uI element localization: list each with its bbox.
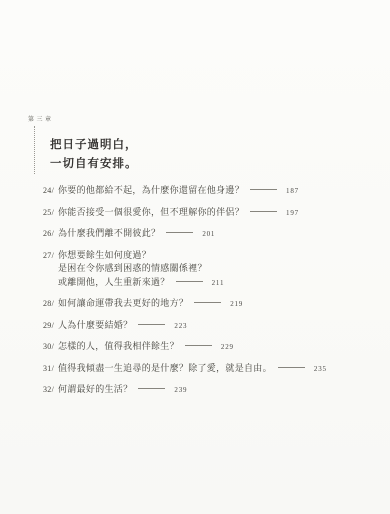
chapter-label: 第三章 xyxy=(28,114,54,123)
toc-item-number: 26/ xyxy=(43,227,58,242)
toc-item-number: 31/ xyxy=(43,362,58,377)
toc-item-content: 值得我傾盡一生追尋的是什麼？除了愛，就是自由。235 xyxy=(58,362,378,377)
toc-leader-dash xyxy=(250,189,277,190)
toc-leader-dash xyxy=(185,345,212,346)
toc-page-number: 197 xyxy=(286,209,299,217)
toc-item-content: 怎樣的人，值得我相伴餘生？229 xyxy=(58,340,378,355)
chapter-dotted-divider xyxy=(34,126,35,174)
toc-item-content: 你想要餘生如何度過？ 是困在令你感到困惑的情感關係裡？ 或離開他，人生重新來過？… xyxy=(58,249,378,291)
toc-item-number: 30/ xyxy=(43,340,58,355)
toc-item-26: 26/ 為什麼我們離不開彼此？201 xyxy=(43,227,378,242)
toc-item-28: 28/ 如何讓命運帶我去更好的地方？219 xyxy=(43,297,378,312)
toc-item-25: 25/ 你能否接受一個很愛你，但不理解你的伴侶？197 xyxy=(43,206,378,221)
toc-page-number: 187 xyxy=(286,187,299,195)
toc-page-number: 211 xyxy=(212,279,225,287)
toc-item-number: 27/ xyxy=(43,249,58,291)
toc-item-content: 你能否接受一個很愛你，但不理解你的伴侶？197 xyxy=(58,206,378,221)
chapter-title-line-1: 把日子過明白， xyxy=(50,136,138,155)
toc-leader-dash xyxy=(138,324,165,325)
toc-leader-dash xyxy=(194,302,221,303)
toc-item-number: 32/ xyxy=(43,383,58,398)
toc-item-text: 值得我傾盡一生追尋的是什麼？除了愛，就是自由。 xyxy=(58,363,272,373)
toc-item-text: 或離開他，人生重新來過？ xyxy=(58,277,170,287)
toc-leader-dash xyxy=(166,232,193,233)
toc-item-31: 31/ 值得我傾盡一生追尋的是什麼？除了愛，就是自由。235 xyxy=(43,362,378,377)
chapter-title: 把日子過明白， 一切自有安排。 xyxy=(50,136,138,174)
toc-item-number: 28/ xyxy=(43,297,58,312)
toc-item-text: 你要的他都給不起，為什麼你還留在他身邊？ xyxy=(58,185,244,195)
toc-item-32: 32/ 何謂最好的生活？239 xyxy=(43,383,378,398)
chapter-title-line-2: 一切自有安排。 xyxy=(50,155,138,174)
toc-leader-dash xyxy=(278,367,305,368)
toc-item-text: 何謂最好的生活？ xyxy=(58,384,132,394)
toc-item-text: 如何讓命運帶我去更好的地方？ xyxy=(58,298,188,308)
toc-item-27: 27/ 你想要餘生如何度過？ 是困在令你感到困惑的情感關係裡？ 或離開他，人生重… xyxy=(43,249,378,291)
toc-page-number: 219 xyxy=(230,300,243,308)
toc-item-content: 人為什麼要結婚？223 xyxy=(58,319,378,334)
toc-leader-dash xyxy=(250,211,277,212)
toc-item-content: 如何讓命運帶我去更好的地方？219 xyxy=(58,297,378,312)
toc-item-text: 為什麼我們離不開彼此？ xyxy=(58,228,160,238)
toc-page-number: 239 xyxy=(174,386,187,394)
toc-item-number: 25/ xyxy=(43,206,58,221)
toc-list: 24/ 你要的他都給不起，為什麼你還留在他身邊？187 25/ 你能否接受一個很… xyxy=(43,184,378,405)
toc-page-number: 235 xyxy=(314,365,327,373)
toc-page-number: 223 xyxy=(174,322,187,330)
toc-item-24: 24/ 你要的他都給不起，為什麼你還留在他身邊？187 xyxy=(43,184,378,199)
toc-page-number: 201 xyxy=(202,230,215,238)
toc-item-text: 你想要餘生如何度過？ xyxy=(58,250,151,260)
toc-item-number: 29/ xyxy=(43,319,58,334)
toc-item-text: 怎樣的人，值得我相伴餘生？ xyxy=(58,341,179,351)
toc-page-number: 229 xyxy=(221,343,234,351)
toc-item-text: 是困在令你感到困惑的情感關係裡？ xyxy=(58,263,207,273)
toc-item-number: 24/ xyxy=(43,184,58,199)
toc-leader-dash xyxy=(138,388,165,389)
toc-item-text: 你能否接受一個很愛你，但不理解你的伴侶？ xyxy=(58,207,244,217)
toc-leader-dash xyxy=(176,281,203,282)
toc-item-content: 為什麼我們離不開彼此？201 xyxy=(58,227,378,242)
book-page: 第三章 把日子過明白， 一切自有安排。 24/ 你要的他都給不起，為什麼你還留在… xyxy=(0,0,390,514)
toc-item-30: 30/ 怎樣的人，值得我相伴餘生？229 xyxy=(43,340,378,355)
toc-item-29: 29/ 人為什麼要結婚？223 xyxy=(43,319,378,334)
toc-item-content: 你要的他都給不起，為什麼你還留在他身邊？187 xyxy=(58,184,378,199)
toc-item-text: 人為什麼要結婚？ xyxy=(58,320,132,330)
toc-item-content: 何謂最好的生活？239 xyxy=(58,383,378,398)
